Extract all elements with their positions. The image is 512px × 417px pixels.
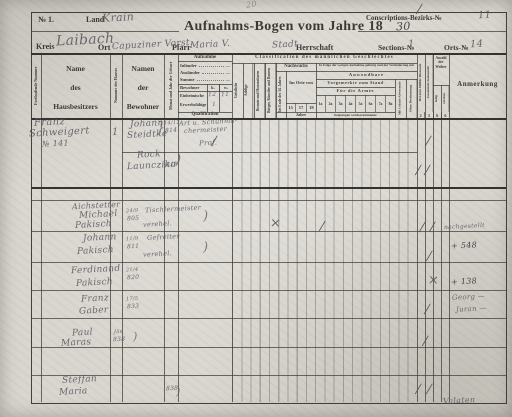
header-cell: 17 <box>295 103 305 112</box>
handwritten-entry: 820 <box>127 274 140 282</box>
handwritten-entry: ) <box>203 209 208 224</box>
pfarr-value: Maria V. <box>190 39 231 51</box>
handwritten-entry: 11/9 <box>126 236 139 243</box>
grid-line-horizontal <box>31 53 506 55</box>
nachwuchs-title: Nachwuchs <box>276 64 316 69</box>
column-header-post-number: Fortlaufende Nummer <box>31 54 41 117</box>
column-header-anmerkung: Anmerkung <box>449 80 506 88</box>
header-cell: Ohne Bestimmung <box>406 79 418 118</box>
handwritten-entry: 14/12 <box>164 120 180 127</box>
grid-line-horizontal <box>178 112 232 113</box>
handwritten-entry: Pakisch <box>75 219 112 231</box>
grid-line-horizontal <box>316 95 395 96</box>
owner-line: Hausbesitzers <box>42 98 109 117</box>
qualbox-mini-row-label: Erwerbsfähige <box>180 102 206 107</box>
handwritten-entry: 805 <box>127 215 140 223</box>
handwritten-entry: 1 <box>212 101 216 108</box>
handwritten-entry: 833 <box>127 303 140 311</box>
grid-line-vertical <box>41 53 42 402</box>
handwritten-entry: Gefreiter <box>147 232 180 242</box>
header-cell: 5a <box>355 95 365 112</box>
grid-line-horizontal <box>122 152 417 153</box>
grid-line-horizontal <box>316 79 417 80</box>
orts-value: 14 <box>470 39 484 51</box>
grid-line-vertical <box>441 85 442 402</box>
grid-line-vertical <box>254 63 255 118</box>
infolge-bottom: beigezogen werden könnende <box>316 113 395 117</box>
grid-line-horizontal <box>358 31 506 32</box>
handwritten-entry: Gaber <box>79 305 109 317</box>
classification-body-grid <box>232 118 417 402</box>
nachwuchs-side-column: bis Ende des 14. Jahres <box>276 71 286 118</box>
handwritten-entry: Maras <box>61 337 92 349</box>
grid-line-vertical <box>122 53 123 402</box>
header-cell: 1a <box>316 95 325 112</box>
handwritten-entry: 24/9 <box>126 208 139 215</box>
infolge-vorgemerkte: Vorgemerkte zum Stand <box>316 80 395 85</box>
handwritten-entry: Rock <box>137 149 161 160</box>
handwritten-entry: Juran — <box>456 304 487 314</box>
weiber-title: Anzahl der Weiber <box>433 56 449 69</box>
header-cell: Mit Urlaub Abwesende <box>395 79 406 118</box>
qualbox-mini-row-label: Einheimische <box>180 93 204 98</box>
column-header-owner: Name des Hausbesitzers <box>42 60 109 116</box>
grid-line-horizontal <box>31 290 506 291</box>
header-cell: 15 <box>286 103 295 112</box>
infolge-anwendbare: Anwendbare <box>316 72 417 77</box>
header-cell: 19 <box>306 103 316 112</box>
handwritten-entry: Pakisch <box>77 245 114 257</box>
grid-line-vertical <box>406 79 407 118</box>
infolge-class-cells: 1a2a3a4a5a6a7a8a <box>316 95 395 112</box>
handwritten-entry: ) <box>176 152 181 167</box>
header-cell: 8a <box>385 95 395 112</box>
handwritten-entry: } <box>156 118 166 136</box>
header-cell: Beamte und Honoratioren <box>254 63 265 118</box>
handwritten-entry: Pakisch <box>76 277 113 289</box>
handwritten-entry: 811 <box>127 243 140 251</box>
handwritten-entry: Maria <box>59 386 88 397</box>
residents-line: der <box>122 79 164 98</box>
classification-title: Classification des männlichen Geschlecht… <box>232 55 417 60</box>
header-cell: Bei dem Militär Dienende <box>417 53 425 112</box>
nachwuchs-year-cells: 151719 <box>286 103 316 112</box>
header-cell: 2a <box>325 95 335 112</box>
handwritten-entry: Steffan <box>62 374 98 386</box>
handwritten-entry: ) <box>203 240 208 255</box>
residents-line: Bewohner <box>122 98 164 117</box>
grid-line-vertical <box>243 63 244 118</box>
header-cell: 6a <box>365 95 375 112</box>
tally-cross-mark: × <box>269 216 281 232</box>
handwritten-entry: 1 <box>112 127 119 138</box>
handwritten-entry: verehel. <box>143 249 172 259</box>
grid-line-horizontal <box>276 71 417 72</box>
sections-value: 1 <box>408 39 415 50</box>
qualbox-title: Aufnahme <box>178 55 232 60</box>
grid-line-horizontal <box>178 84 232 85</box>
grid-line-horizontal <box>31 347 506 348</box>
kreis-label: Kreis <box>36 42 55 51</box>
owner-line: Name <box>42 60 109 79</box>
handwritten-entry: ) <box>176 385 181 398</box>
handwritten-entry: + 138 <box>451 276 477 286</box>
grid-line-vertical <box>178 53 179 402</box>
grid-line-vertical <box>286 71 287 118</box>
grid-line-horizontal <box>232 63 417 64</box>
grid-line-horizontal <box>286 103 316 104</box>
nachwuchs-box: Im Orte von <box>286 80 316 85</box>
grid-line-vertical <box>265 63 266 118</box>
infolge-armee: Für die Armee <box>316 88 395 93</box>
qualbox-leader-row: Ausländer— <box>178 70 232 75</box>
grid-line-horizontal <box>31 187 506 189</box>
handwritten-entry: Valaten <box>443 395 476 406</box>
grid-line-horizontal <box>31 118 506 120</box>
form-title: Aufnahms-Bogen vom Jahre 18 <box>184 19 383 35</box>
handwritten-entry: 838 <box>113 336 126 344</box>
grid-line-vertical <box>417 53 418 402</box>
header-cell: ledig <box>433 85 441 112</box>
grid-line-horizontal <box>31 375 506 376</box>
handwritten-entry: Franz <box>81 293 109 304</box>
column-header-residents: Namen der Bewohner <box>122 60 164 116</box>
handwritten-entry: 11 <box>221 91 230 98</box>
grid-line-vertical <box>395 79 396 118</box>
header-cell: 7a <box>375 95 385 112</box>
handwritten-entry: 17/5 <box>126 296 139 303</box>
herrschaft-value: Stadt <box>272 39 299 50</box>
pfarr-label: Pfarr <box>172 43 191 52</box>
orts-label: Orts-№ <box>444 43 469 52</box>
handwritten-entry: Jän <box>114 329 123 335</box>
grid-line-vertical <box>425 53 426 402</box>
grid-line-horizontal <box>31 262 506 263</box>
qualbox-leader-rows: Inländer—Ausländer—Summe— <box>178 62 232 83</box>
column-header-house-number: Nummer des Hauses <box>110 54 122 117</box>
land-value: Krain <box>102 10 135 25</box>
grid-line-vertical <box>219 84 220 112</box>
herrschaft-label: Herrschaft <box>296 43 333 52</box>
handwritten-entry: verehel. <box>143 219 172 229</box>
form-number: № 1. <box>38 15 54 24</box>
handwritten-entry: 814 <box>165 127 178 135</box>
handwritten-entry: 12 <box>208 91 217 98</box>
handwritten-entry: 20 <box>245 0 257 10</box>
grid-line-horizontal <box>433 85 449 86</box>
handwritten-entry: ) <box>133 330 138 343</box>
qualbox-leader-row: Inländer— <box>178 63 232 68</box>
header-cell: Bürger, Künstler und Bauern <box>265 63 276 118</box>
handwritten-entry: № 141 <box>42 138 69 148</box>
tally-cross-mark: × <box>427 273 439 289</box>
header-cell: Geistliche <box>232 63 242 118</box>
residents-line: Namen <box>122 60 164 79</box>
grid-line-horizontal <box>316 87 395 88</box>
qualbox-mini-head: Bewohner <box>180 85 200 90</box>
grid-line-horizontal <box>276 112 395 113</box>
owner-line: des <box>42 79 109 98</box>
grid-line-horizontal <box>31 318 506 319</box>
handwritten-entry: + 548 <box>451 240 477 250</box>
conscription-value: 11 <box>478 10 492 22</box>
handwritten-entry: Georg — <box>452 292 485 302</box>
header-cell: 4a <box>345 95 355 112</box>
grid-line-vertical <box>232 53 233 402</box>
handwritten-entry: Johann <box>83 232 117 244</box>
column-header-birth-date: Monat und Jahr der Geburt <box>164 54 178 117</box>
ort-label: Ort <box>98 43 110 52</box>
grid-line-horizontal <box>31 31 179 32</box>
scanned-census-form: № 1. Land Krain Conscriptions-Bezirks-№ … <box>0 0 512 417</box>
grid-line-horizontal <box>178 61 232 62</box>
qualbox-leader-row: Summe— <box>178 77 232 82</box>
handwritten-entry: 21/4 <box>126 267 139 274</box>
header-cell: 3a <box>335 95 345 112</box>
